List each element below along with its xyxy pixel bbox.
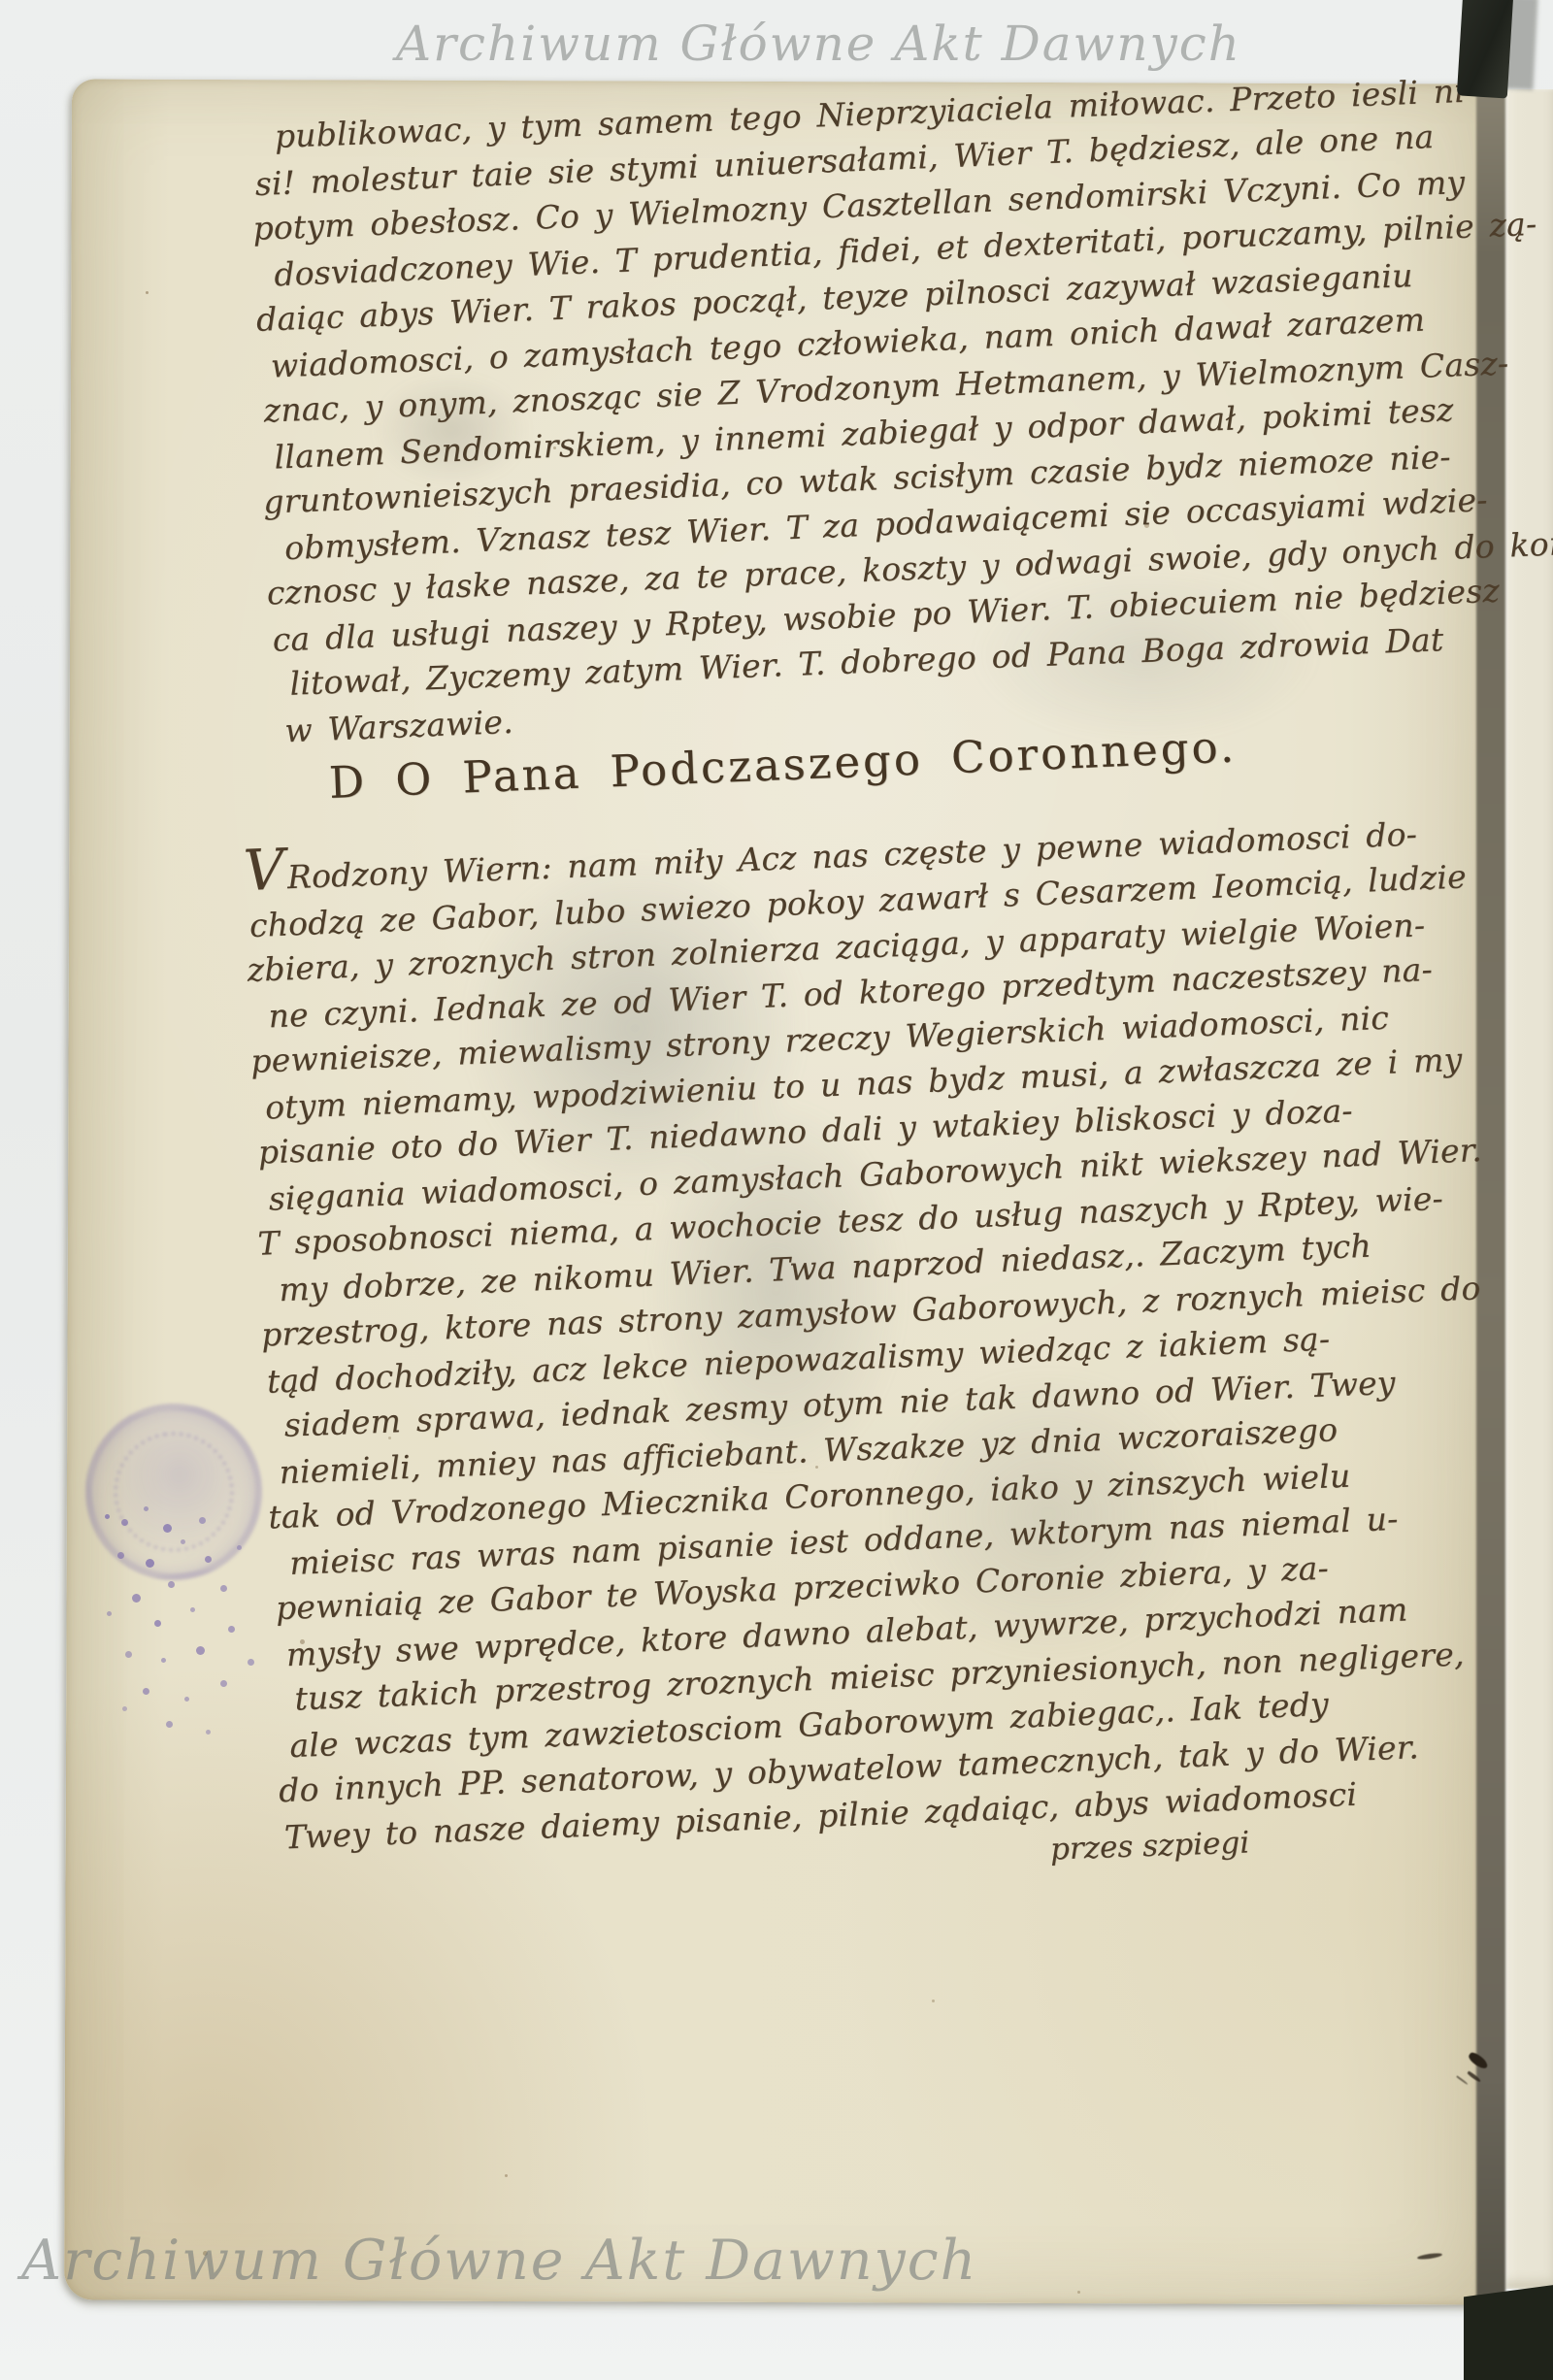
stamp-ink-splatter bbox=[105, 1514, 110, 1519]
letter-ending-text: publikowac, y tym samem tego Nieprzyiaci… bbox=[248, 67, 1504, 752]
archive-watermark-bottom: Archiwum Główne Akt Dawnych bbox=[21, 2229, 977, 2293]
scanned-manuscript-page: Archiwum Główne Akt Dawnych publikowac, … bbox=[0, 0, 1553, 2380]
catchword: przes szpiegi bbox=[1049, 1825, 1249, 1867]
book-cover-edge bbox=[1464, 2281, 1553, 2380]
bookmark-ribbon bbox=[1457, 0, 1513, 98]
archive-watermark-top: Archiwum Główne Akt Dawnych bbox=[396, 16, 1241, 72]
letter-body-text: VRodzony Wiern: nam miły Acz nas częste … bbox=[243, 802, 1535, 1859]
paper-specks bbox=[146, 291, 149, 294]
